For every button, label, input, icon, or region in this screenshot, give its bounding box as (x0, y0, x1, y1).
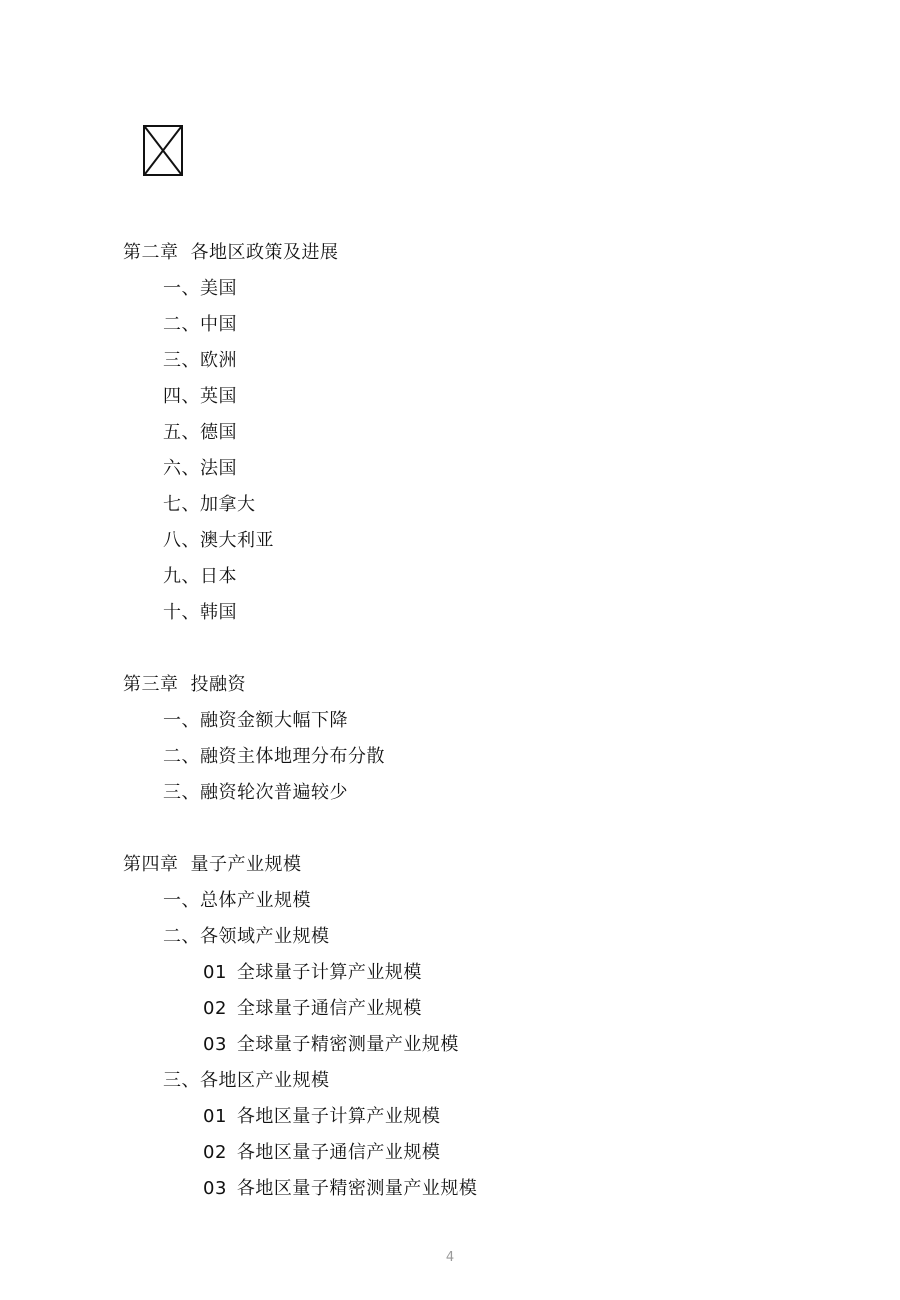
broken-image-icon (143, 125, 183, 176)
subitem-number: 03 (203, 1027, 227, 1063)
subitem-title: 各地区量子计算产业规模 (237, 1106, 441, 1127)
table-of-contents: 第二章各地区政策及进展 一、美国 二、中国 三、欧洲 四、英国 五、德国 六、法… (0, 235, 900, 1207)
subitem-number: 03 (203, 1171, 227, 1207)
toc-subitem[interactable]: 03各地区量子精密测量产业规模 (0, 1171, 900, 1207)
chapter-number: 第三章 (123, 667, 179, 703)
toc-item[interactable]: 一、融资金额大幅下降 (0, 703, 900, 739)
toc-chapter-2[interactable]: 第二章各地区政策及进展 (0, 235, 900, 271)
toc-item[interactable]: 二、融资主体地理分布分散 (0, 739, 900, 775)
toc-item[interactable]: 六、法国 (0, 451, 900, 487)
subitem-title: 各地区量子精密测量产业规模 (237, 1178, 478, 1199)
toc-subitem[interactable]: 02全球量子通信产业规模 (0, 991, 900, 1027)
subitem-title: 全球量子通信产业规模 (237, 998, 422, 1019)
toc-item[interactable]: 一、美国 (0, 271, 900, 307)
subitem-number: 01 (203, 1099, 227, 1135)
toc-item[interactable]: 三、各地区产业规模 (0, 1063, 900, 1099)
toc-item[interactable]: 四、英国 (0, 379, 900, 415)
toc-subitem[interactable]: 02各地区量子通信产业规模 (0, 1135, 900, 1171)
toc-subitem[interactable]: 01各地区量子计算产业规模 (0, 1099, 900, 1135)
subitem-number: 02 (203, 1135, 227, 1171)
toc-item[interactable]: 五、德国 (0, 415, 900, 451)
chapter-title: 量子产业规模 (191, 854, 302, 875)
subitem-number: 02 (203, 991, 227, 1027)
spacer (0, 631, 900, 667)
chapter-number: 第四章 (123, 847, 179, 883)
chapter-title: 各地区政策及进展 (191, 242, 339, 263)
subitem-title: 全球量子计算产业规模 (237, 962, 422, 983)
toc-subitem[interactable]: 01全球量子计算产业规模 (0, 955, 900, 991)
toc-item[interactable]: 七、加拿大 (0, 487, 900, 523)
page-number: 4 (0, 1250, 900, 1265)
toc-item[interactable]: 二、各领域产业规模 (0, 919, 900, 955)
chapter-number: 第二章 (123, 235, 179, 271)
toc-subitem[interactable]: 03全球量子精密测量产业规模 (0, 1027, 900, 1063)
toc-chapter-4[interactable]: 第四章量子产业规模 (0, 847, 900, 883)
toc-item[interactable]: 一、总体产业规模 (0, 883, 900, 919)
spacer (0, 811, 900, 847)
subitem-title: 各地区量子通信产业规模 (237, 1142, 441, 1163)
toc-item[interactable]: 二、中国 (0, 307, 900, 343)
toc-item[interactable]: 三、融资轮次普遍较少 (0, 775, 900, 811)
subitem-title: 全球量子精密测量产业规模 (237, 1034, 459, 1055)
chapter-title: 投融资 (191, 674, 247, 695)
toc-item[interactable]: 十、韩国 (0, 595, 900, 631)
subitem-number: 01 (203, 955, 227, 991)
toc-chapter-3[interactable]: 第三章投融资 (0, 667, 900, 703)
toc-item[interactable]: 三、欧洲 (0, 343, 900, 379)
toc-item[interactable]: 九、日本 (0, 559, 900, 595)
toc-item[interactable]: 八、澳大利亚 (0, 523, 900, 559)
